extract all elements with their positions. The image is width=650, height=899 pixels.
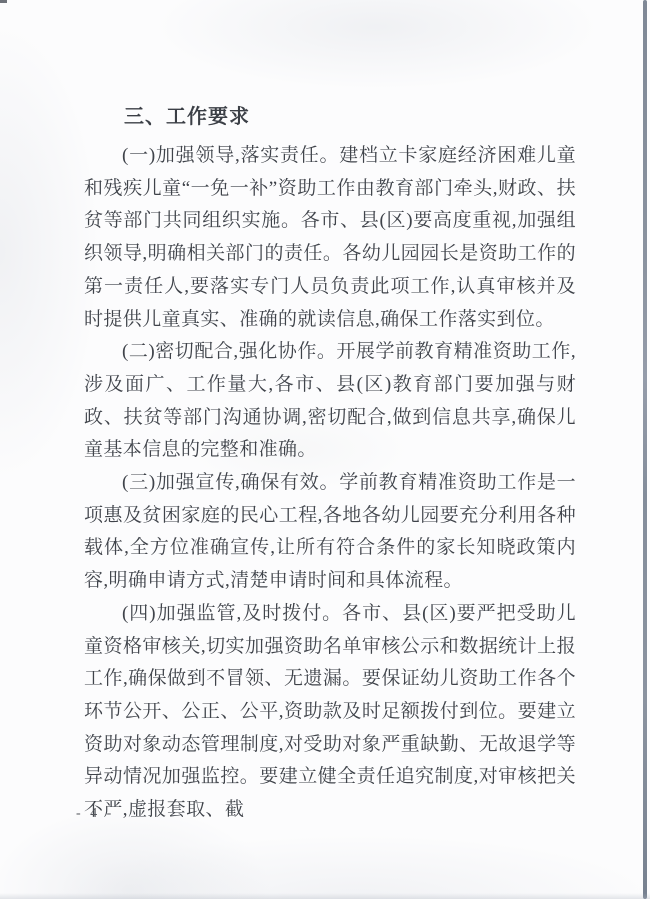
document-body: 三、工作要求 (一)加强领导,落实责任。建档立卡家庭经济困难儿童和残疾儿童“一免… (84, 100, 576, 827)
paragraph-item-2: (二)密切配合,强化协作。开展学前教育精准资助工作,涉及面广、工作量大,各市、县… (84, 336, 576, 467)
paragraph-item-4: (四)加强监管,及时拨付。各市、县(区)要严把受助儿童资格审核关,切实加强资助名… (84, 598, 576, 827)
paragraph-item-3: (三)加强宣传,确保有效。学前教育精准资助工作是一项惠及贫困家庭的民心工程,各地… (84, 467, 576, 598)
section-heading: 三、工作要求 (84, 100, 576, 134)
scanned-document-page: 三、工作要求 (一)加强领导,落实责任。建档立卡家庭经济困难儿童和残疾儿童“一免… (0, 0, 650, 899)
scan-bottom-shade (0, 893, 650, 899)
scan-edge-line (643, 0, 647, 899)
page-number: - 4 - (76, 806, 114, 822)
scan-artifact-speck (0, 0, 7, 3)
paragraph-item-1: (一)加强领导,落实责任。建档立卡家庭经济困难儿童和残疾儿童“一免一补”资助工作… (84, 140, 576, 336)
